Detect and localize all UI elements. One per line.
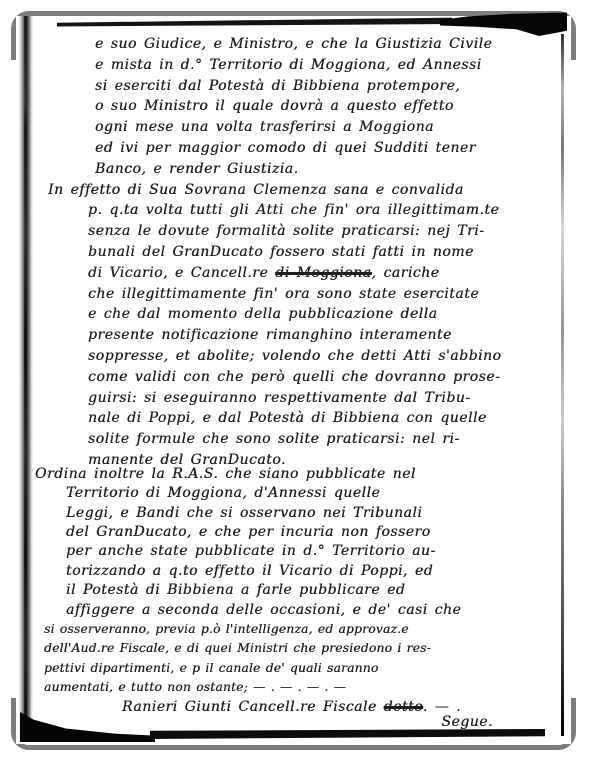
manuscript-line: aumentati, e tutto non ostante; — . — . … [44,678,589,697]
paragraph-3: Ordina inoltre la R.A.S. che siano pubbl… [66,465,589,698]
manuscript-scan: e suo Giudice, e Ministro, e che la Gius… [0,0,589,760]
manuscript-line: che illegittimamente fin' ora sono state… [88,284,589,305]
manuscript-line: o suo Ministro il quale dovrà a questo e… [95,96,589,117]
signature-line: Ranieri Giunti Cancell.re Fiscale detto.… [122,698,589,716]
manuscript-line: guirsi: si eseguiranno respettivamente d… [88,388,589,409]
manuscript-line: Ordina inoltre la R.A.S. che siano pubbl… [35,465,589,484]
manuscript-line: soppresse, et abolite; volendo che detti… [88,346,589,367]
manuscript-line: il Potestà di Bibbiena a farle pubblicar… [66,581,589,600]
line-text: , cariche [372,265,440,281]
manuscript-line: ogni mese una volta trasferirsi a Moggio… [95,117,589,138]
struck-text: detto [384,699,423,715]
manuscript-line: solite formule che sono solite praticars… [88,429,589,450]
manuscript-line: torizzando a q.to effetto il Vicario di … [66,562,589,581]
manuscript-line: Leggi, e Bandi che si osservano nei Trib… [66,504,589,523]
manuscript-line-with-strikeout: di Vicario, e Cancell.re di Moggiona, ca… [88,263,589,284]
manuscript-line: si eserciti dal Potestà di Bibbiena prot… [95,76,589,97]
manuscript-line: pettivi dipartimenti, e p il canale de' … [44,659,589,678]
segue-note: Segue. [0,715,493,730]
manuscript-line: per anche state pubblicate in d.° Territ… [66,542,589,561]
manuscript-line: Banco, e render Giustizia. [95,159,589,180]
manuscript-line: p. q.ta volta tutti gli Atti che fin' or… [88,200,589,221]
paragraph-1: e suo Giudice, e Ministro, e che la Gius… [95,34,589,180]
manuscript-line: bunali del GranDucato fossero stati fatt… [88,242,589,263]
manuscript-line: si osserveranno, previa p.ò l'intelligen… [44,620,589,639]
manuscript-line: come validi con che però quelli che dovr… [88,367,589,388]
line-text: di Vicario, e Cancell.re [88,265,275,281]
manuscript-line: affiggere a seconda delle occasioni, e d… [66,601,589,620]
manuscript-line: Territorio di Moggiona, d'Annessi quelle [66,484,589,503]
struck-text: di Moggiona [275,265,371,281]
manuscript-line: dell'Aud.re Fiscale, e di quei Ministri … [44,639,589,658]
manuscript-line: presente notificazione rimanghino intera… [88,325,589,346]
manuscript-line: In effetto di Sua Sovrana Clemenza sana … [48,180,589,201]
line-text: Ranieri Giunti Cancell.re Fiscale [122,699,384,715]
line-text: . — . [423,699,461,715]
manuscript-line: ed ivi per maggior comodo di quei Suddit… [95,138,589,159]
manuscript-line: del GranDucato, e che per incuria non fo… [66,523,589,542]
paragraph-2: In effetto di Sua Sovrana Clemenza sana … [88,180,589,471]
manuscript-line: e mista in d.° Territorio di Moggiona, e… [95,55,589,76]
manuscript-line: nale di Poppi, e dal Potestà di Bibbiena… [88,408,589,429]
manuscript-text: e suo Giudice, e Ministro, e che la Gius… [0,34,589,730]
manuscript-line: e suo Giudice, e Ministro, e che la Gius… [95,34,589,55]
manuscript-line: senza le dovute formalità solite pratica… [88,221,589,242]
manuscript-line: e che dal momento della pubblicazione de… [88,304,589,325]
